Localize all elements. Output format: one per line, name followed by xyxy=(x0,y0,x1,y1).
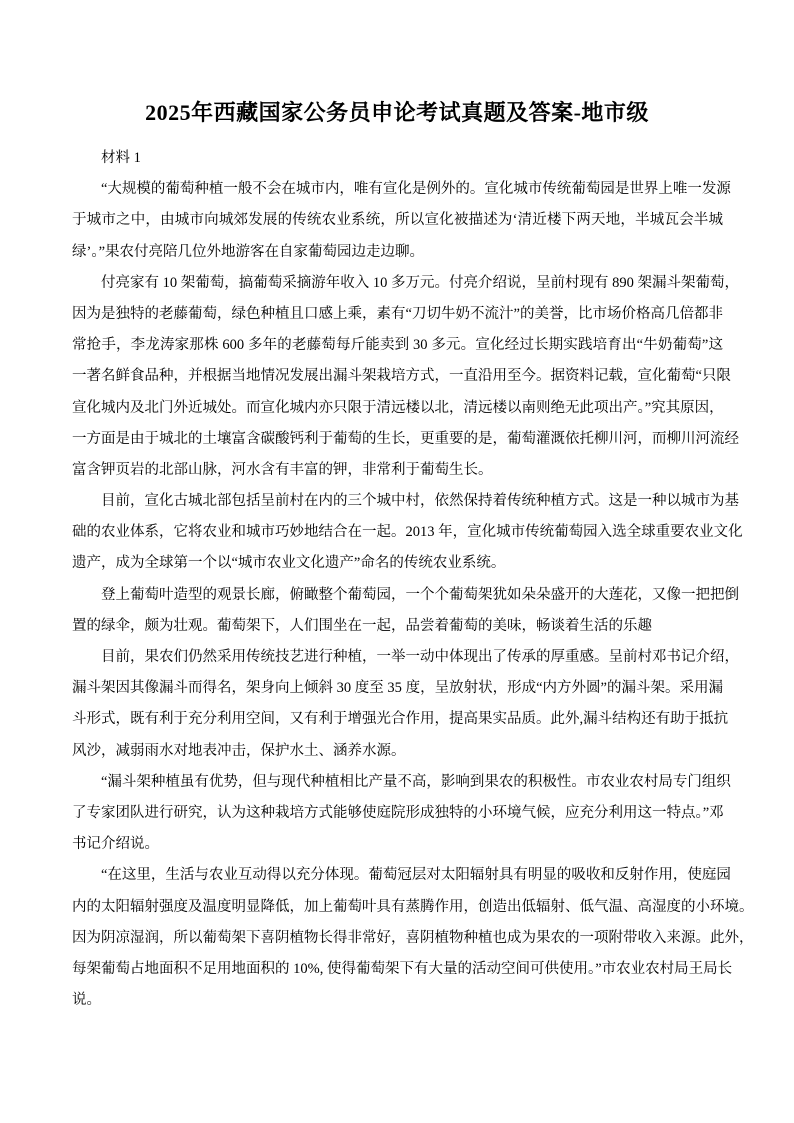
text-line: 因为阴凉湿润，所以葡萄架下喜阴植物长得非常好，喜阴植物种植也成为果农的一项附带收… xyxy=(72,923,723,954)
text-line: 登上葡萄叶造型的观景长廊，俯瞰整个葡萄园，一个个葡萄架犹如朵朵盛开的大莲花，又像… xyxy=(72,580,723,611)
page-title: 2025年西藏国家公务员申论考试真题及答案-地市级 xyxy=(0,0,794,126)
text-line: 富含钾页岩的北部山脉，河水含有丰富的钾，非常利于葡萄生长。 xyxy=(72,455,723,486)
paragraphs-container: “大规模的葡萄种植一般不会在城市内，唯有宣化是例外的。宣化城市传统葡萄园是世界上… xyxy=(72,174,723,1016)
text-line: 一著名鲜食品种，并根据当地情况发展出漏斗架栽培方式，一直沿用至今。据资料记载，宣… xyxy=(72,361,723,392)
text-line: 置的绿伞，颇为壮观。葡萄架下，人们围坐在一起，品尝着葡萄的美味，畅谈着生活的乐趣 xyxy=(72,611,723,642)
text-line: 绿’。”果农付亮陪几位外地游客在自家葡萄园边走边聊。 xyxy=(72,237,723,268)
text-line: “大规模的葡萄种植一般不会在城市内，唯有宣化是例外的。宣化城市传统葡萄园是世界上… xyxy=(72,174,723,205)
text-line: “漏斗架种植虽有优势，但与现代种植相比产量不高，影响到果农的积极性。市农业农村局… xyxy=(72,767,723,798)
text-line: 斗形式，既有利于充分利用空间，又有利于增强光合作用，提高果实品质。此外,漏斗结构… xyxy=(72,704,723,735)
text-line: 付亮家有 10 架葡萄，搞葡萄采摘游年收入 10 多万元。付亮介绍说，呈前村现有… xyxy=(72,268,723,299)
document-page: 2025年西藏国家公务员申论考试真题及答案-地市级 材料 1 “大规模的葡萄种植… xyxy=(0,0,794,1123)
text-line: 目前，果农们仍然采用传统技艺进行种植，一举一动中体现出了传承的厚重感。呈前村邓书… xyxy=(72,642,723,673)
text-line: 了专家团队进行研究，认为这种栽培方式能够使庭院形成独特的小环境气候，应充分利用这… xyxy=(72,798,723,829)
document-body: 材料 1 “大规模的葡萄种植一般不会在城市内，唯有宣化是例外的。宣化城市传统葡萄… xyxy=(72,143,723,1016)
text-line: 说。 xyxy=(72,985,723,1016)
text-line: “在这里，生活与农业互动得以充分体现。葡萄冠层对太阳辐射具有明显的吸收和反射作用… xyxy=(72,860,723,891)
text-line: 每架葡萄占地面积不足用地面积的 10%, 使得葡萄架下有大量的活动空间可供使用。… xyxy=(72,954,723,985)
text-line: 常抢手，李龙涛家那株 600 多年的老藤萄每斤能卖到 30 多元。宣化经过长期实… xyxy=(72,330,723,361)
text-line: 书记介绍说。 xyxy=(72,829,723,860)
material-label: 材料 1 xyxy=(72,143,723,174)
text-line: 遗产，成为全球第一个以“城市农业文化遗产”命名的传统农业系统。 xyxy=(72,548,723,579)
text-line: 目前，宣化古城北部包括呈前村在内的三个城中村，依然保持着传统种植方式。这是一种以… xyxy=(72,486,723,517)
text-line: 风沙，减弱雨水对地表冲击，保护水土、涵养水源。 xyxy=(72,736,723,767)
text-line: 于城市之中，由城市向城郊发展的传统农业系统，所以宣化被描述为‘清近楼下两天地，半… xyxy=(72,205,723,236)
text-line: 漏斗架因其像漏斗而得名，架身向上倾斜 30 度至 35 度，呈放射状，形成“内方… xyxy=(72,673,723,704)
text-line: 内的太阳辐射强度及温度明显降低，加上葡萄叶具有蒸腾作用，创造出低辐射、低气温、高… xyxy=(72,892,723,923)
text-line: 宣化城内及北门外近城处。而宣化城内亦只限于清远楼以北，清远楼以南则绝无此项出产。… xyxy=(72,393,723,424)
text-line: 础的农业体系，它将农业和城市巧妙地结合在一起。2013 年，宣化城市传统葡萄园入… xyxy=(72,517,723,548)
text-line: 一方面是由于城北的土壤富含碳酸钙利于葡萄的生长，更重要的是，葡萄灌溉依托柳川河，… xyxy=(72,424,723,455)
text-line: 因为是独特的老藤葡萄，绿色种植且口感上乘，素有“刀切牛奶不流汁”的美誉，比市场价… xyxy=(72,299,723,330)
